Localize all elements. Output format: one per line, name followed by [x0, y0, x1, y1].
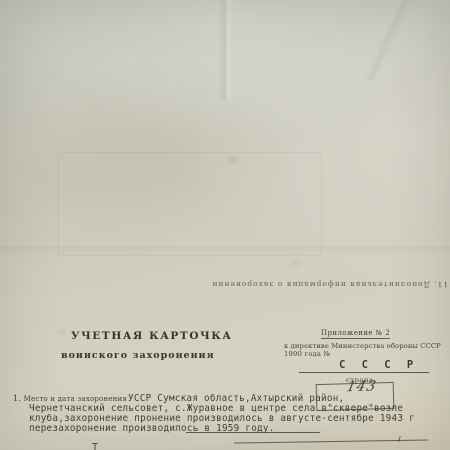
upside-down-overleaf-note: 11. Дополнительная информация о захороне…: [234, 280, 448, 289]
item1-number: 1.: [13, 394, 21, 403]
ink-bleedthrough-outline: [58, 152, 322, 256]
paper-fold-crease-vertical: [218, 0, 234, 100]
cutoff-next-line-fragment: Т: [92, 442, 98, 450]
appendix-year-line: 1990 года №: [284, 350, 330, 358]
item1-printed-label: Место и дата захоронения: [24, 395, 127, 403]
paper-smudge: [228, 158, 238, 162]
reburial-year-underline: [186, 432, 320, 433]
appendix-heading: Приложение № 2: [321, 329, 390, 339]
item1-burial-place-and-date: 1. Место и дата захоронения УССР Сумская…: [13, 393, 443, 434]
burial-registration-card-photo: 11. Дополнительная информация о захороне…: [0, 0, 450, 450]
appendix-directive-line: к директиве Министерства обороны СССР: [284, 342, 441, 350]
paper-fold-crease-diagonal: [330, 0, 450, 80]
card-title-line1: УЧЕТНАЯ КАРТОЧКА: [71, 330, 233, 342]
paper-smudge: [292, 262, 300, 265]
paper-smudge: [60, 330, 64, 334]
country-value-typed: С С С Р: [339, 359, 418, 371]
country-underline: [299, 372, 429, 373]
card-title-line2: воинского захоронения: [61, 350, 215, 361]
paper-fold-crease-horizontal: [0, 246, 450, 256]
